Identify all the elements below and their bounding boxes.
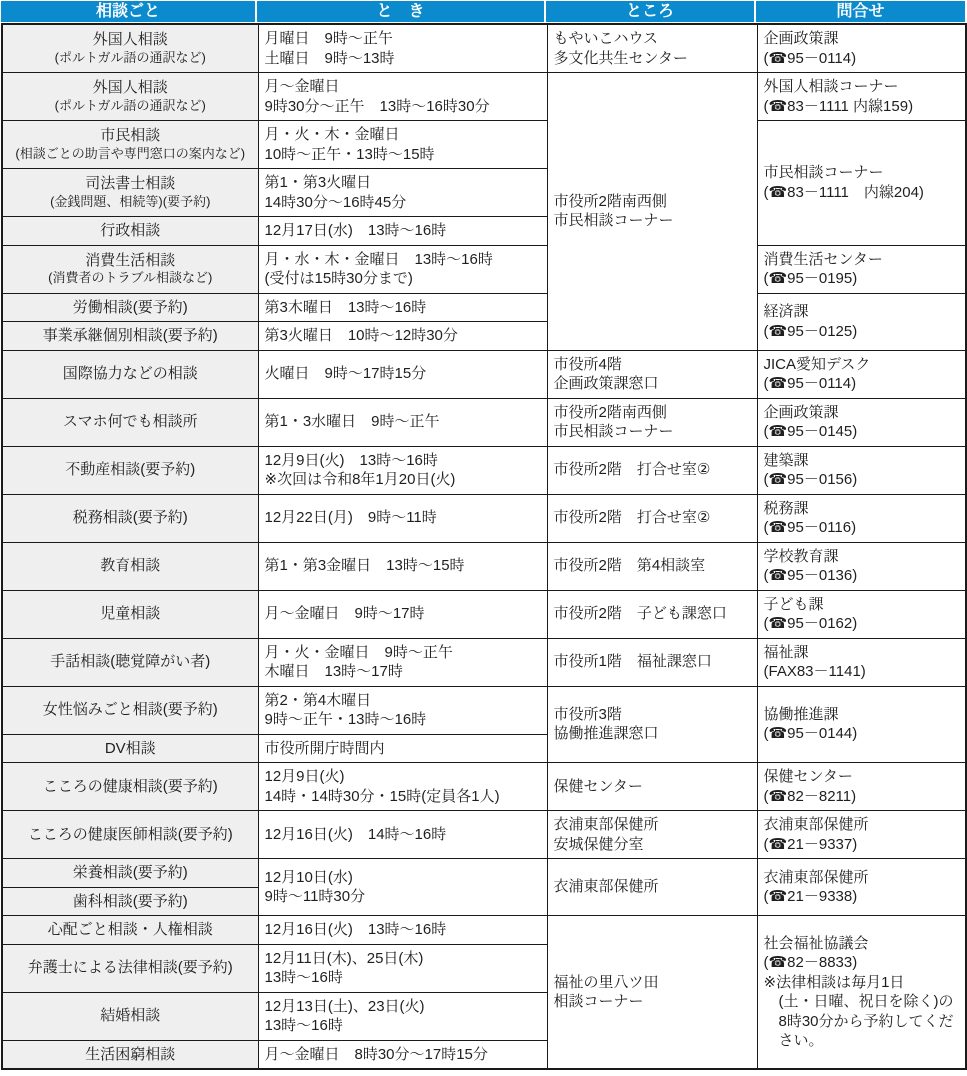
cell-text-line: 土曜日 9時～13時 (265, 49, 541, 69)
cell-text-line: 月・火・金曜日 9時～正午 (265, 643, 541, 663)
table-row: 外国人相談(ポルトガル語の通訳など)月曜日 9時～正午土曜日 9時～13時もやい… (2, 24, 966, 73)
cell-text-line: 市役所2階 子ども課窓口 (554, 604, 751, 624)
consultation-cell: 弁護士による法律相談(要予約) (2, 944, 258, 992)
cell-text-line: 消費生活相談 (9, 251, 252, 271)
table-row: 市民相談(相談ごとの助言や専門窓口の案内など)月・火・木・金曜日10時～正午・1… (2, 121, 966, 169)
cell-text-line: 第1・第3金曜日 13時～15時 (265, 556, 541, 576)
cell-text-line: (金銭問題、相続等)(要予約) (9, 194, 252, 211)
time-cell: 第1・第3火曜日14時30分～16時45分 (258, 169, 547, 217)
cell-text-line: 行政相談 (9, 221, 252, 241)
time-cell: 12月9日(火) 13時～16時※次回は令和8年1月20日(火) (258, 446, 547, 494)
cell-text-line: さい。 (764, 1031, 960, 1051)
contact-cell: 消費生活センター(☎95－0195) (757, 245, 966, 293)
place-cell: 市役所2階 打合せ室② (547, 446, 757, 494)
cell-text-line: 9時30分～正午 13時～16時30分 (265, 97, 541, 117)
consultation-cell: 司法書士相談(金銭問題、相続等)(要予約) (2, 169, 258, 217)
cell-text-line: 市役所2階 第4相談室 (554, 556, 751, 576)
consultation-cell: 市民相談(相談ごとの助言や専門窓口の案内など) (2, 121, 258, 169)
cell-text-line: 市役所2階 打合せ室② (554, 460, 751, 480)
table-row: こころの健康医師相談(要予約)12月16日(火) 14時～16時衣浦東部保健所安… (2, 811, 966, 859)
cell-text-line: 12月16日(火) 13時～16時 (265, 920, 541, 940)
contact-cell: 保健センター(☎82－8211) (757, 763, 966, 811)
cell-text-line: 国際協力などの相談 (9, 364, 252, 384)
consultation-cell: こころの健康医師相談(要予約) (2, 811, 258, 859)
cell-text-line: 衣浦東部保健所 (554, 815, 751, 835)
cell-text-line: 学校教育課 (764, 547, 960, 567)
contact-cell: 企画政策課(☎95－0114) (757, 24, 966, 73)
column-header-consultation: 相談ごと (1, 1, 257, 22)
cell-text-line: 消費生活センター (764, 250, 960, 270)
cell-text-line: 市役所3階 (554, 705, 751, 725)
time-cell: 月・水・木・金曜日 13時～16時(受付は15時30分まで) (258, 245, 547, 293)
cell-text-line: 月曜日 9時～正午 (265, 29, 541, 49)
table-row: 心配ごと相談・人権相談12月16日(火) 13時～16時福祉の里八ツ田相談コーナ… (2, 916, 966, 945)
cell-text-line: 市民相談コーナー (764, 163, 960, 183)
cell-text-line: 火曜日 9時～17時15分 (265, 364, 541, 384)
cell-text-line: 女性悩みごと相談(要予約) (9, 700, 252, 720)
cell-text-line: 13時～16時 (265, 1016, 541, 1036)
contact-cell: 企画政策課(☎95－0145) (757, 398, 966, 446)
cell-text-line: 安城保健分室 (554, 835, 751, 855)
contact-cell: 社会福祉協議会(☎82－8833)※法律相談は毎月1日 (土・日曜、祝日を除く)… (757, 916, 966, 1070)
cell-text-line: 税務相談(要予約) (9, 508, 252, 528)
consultation-cell: 消費生活相談(消費者のトラブル相談など) (2, 245, 258, 293)
cell-text-line: 14時・14時30分・15時(定員各1人) (265, 787, 541, 807)
cell-text-line: スマホ何でも相談所 (9, 412, 252, 432)
cell-text-line: (☎95－0114) (764, 374, 960, 394)
cell-text-line: 企画政策課窓口 (554, 374, 751, 394)
consultation-cell: DV相談 (2, 734, 258, 763)
time-cell: 火曜日 9時～17時15分 (258, 350, 547, 398)
place-cell: もやいこハウス多文化共生センター (547, 24, 757, 73)
time-cell: 第3火曜日 10時～12時30分 (258, 322, 547, 351)
contact-cell: JICA愛知デスク(☎95－0114) (757, 350, 966, 398)
time-cell: 月～金曜日 9時～17時 (258, 590, 547, 638)
place-cell: 市役所2階南西側市民相談コーナー (547, 73, 757, 351)
place-cell: 衣浦東部保健所安城保健分室 (547, 811, 757, 859)
cell-text-line: 保健センター (764, 767, 960, 787)
table-row: 不動産相談(要予約)12月9日(火) 13時～16時※次回は令和8年1月20日(… (2, 446, 966, 494)
column-header-contact: 問合せ (756, 1, 965, 22)
table-row: 児童相談月～金曜日 9時～17時市役所2階 子ども課窓口子ども課(☎95－016… (2, 590, 966, 638)
cell-text-line: 事業承継個別相談(要予約) (9, 326, 252, 346)
column-header-time: と き (257, 1, 546, 22)
time-cell: 月曜日 9時～正午土曜日 9時～13時 (258, 24, 547, 73)
cell-text-line: 市役所1階 福祉課窓口 (554, 652, 751, 672)
time-cell: 12月11日(木)、25日(木)13時～16時 (258, 944, 547, 992)
cell-text-line: 第3木曜日 13時～16時 (265, 298, 541, 318)
cell-text-line: (☎95－0144) (764, 724, 960, 744)
cell-text-line: (☎83－1111 内線159) (764, 97, 960, 117)
cell-text-line: 市民相談コーナー (554, 422, 751, 442)
consultation-cell: 手話相談(聴覚障がい者) (2, 638, 258, 686)
table-header-row: 相談ごとと きところ問合せ (1, 1, 965, 22)
cell-text-line: (☎82－8833) (764, 953, 960, 973)
consultation-cell: 教育相談 (2, 542, 258, 590)
cell-text-line: DV相談 (9, 739, 252, 759)
cell-text-line: 衣浦東部保健所 (554, 877, 751, 897)
cell-text-line: (☎95－0195) (764, 269, 960, 289)
contact-cell: 子ども課(☎95－0162) (757, 590, 966, 638)
cell-text-line: もやいこハウス (554, 29, 751, 49)
consultation-cell: 栄養相談(要予約) (2, 859, 258, 888)
contact-cell: 協働推進課(☎95－0144) (757, 686, 966, 763)
place-cell: 市役所2階 打合せ室② (547, 494, 757, 542)
place-cell: 福祉の里八ツ田相談コーナー (547, 916, 757, 1070)
consultation-cell: 生活困窮相談 (2, 1040, 258, 1069)
cell-text-line: 市役所2階南西側 (554, 403, 751, 423)
column-header-place: ところ (546, 1, 756, 22)
cell-text-line: 心配ごと相談・人権相談 (9, 920, 252, 940)
cell-text-line: (☎95－0116) (764, 518, 960, 538)
consultation-cell: 税務相談(要予約) (2, 494, 258, 542)
cell-text-line: 12月16日(火) 14時～16時 (265, 825, 541, 845)
time-cell: 月～金曜日9時30分～正午 13時～16時30分 (258, 73, 547, 121)
cell-text-line: 児童相談 (9, 604, 252, 624)
consultation-cell: 結婚相談 (2, 992, 258, 1040)
cell-text-line: 衣浦東部保健所 (764, 815, 960, 835)
table-row: 外国人相談(ポルトガル語の通訳など)月～金曜日9時30分～正午 13時～16時3… (2, 73, 966, 121)
cell-text-line: (☎82－8211) (764, 787, 960, 807)
time-cell: 12月16日(火) 13時～16時 (258, 916, 547, 945)
cell-text-line: (☎95－0156) (764, 470, 960, 490)
table-row: 女性悩みごと相談(要予約)第2・第4木曜日9時～正午・13時～16時市役所3階協… (2, 686, 966, 734)
cell-text-line: 企画政策課 (764, 403, 960, 423)
contact-cell: 福祉課(FAX83－1141) (757, 638, 966, 686)
cell-text-line: 木曜日 13時～17時 (265, 662, 541, 682)
cell-text-line: 14時30分～16時45分 (265, 193, 541, 213)
table-row: 栄養相談(要予約)12月10日(水)9時～11時30分衣浦東部保健所衣浦東部保健… (2, 859, 966, 888)
consultation-cell: 歯科相談(要予約) (2, 887, 258, 916)
cell-text-line: ※法律相談は毎月1日 (764, 973, 960, 993)
time-cell: 月・火・金曜日 9時～正午木曜日 13時～17時 (258, 638, 547, 686)
consultation-cell: 国際協力などの相談 (2, 350, 258, 398)
consultation-cell: 児童相談 (2, 590, 258, 638)
time-cell: 12月22日(月) 9時～11時 (258, 494, 547, 542)
cell-text-line: 福祉課 (764, 643, 960, 663)
cell-text-line: 生活困窮相談 (9, 1045, 252, 1065)
cell-text-line: (☎95－0136) (764, 566, 960, 586)
consultation-schedule-table: 外国人相談(ポルトガル語の通訳など)月曜日 9時～正午土曜日 9時～13時もやい… (1, 23, 967, 1070)
place-cell: 市役所1階 福祉課窓口 (547, 638, 757, 686)
cell-text-line: 労働相談(要予約) (9, 298, 252, 318)
cell-text-line: 市民相談 (9, 126, 252, 146)
cell-text-line: (相談ごとの助言や専門窓口の案内など) (9, 146, 252, 163)
table-row: 労働相談(要予約)第3木曜日 13時～16時経済課(☎95－0125) (2, 293, 966, 322)
table-row: 国際協力などの相談火曜日 9時～17時15分市役所4階企画政策課窓口JICA愛知… (2, 350, 966, 398)
cell-text-line: 相談コーナー (554, 992, 751, 1012)
cell-text-line: 12月13日(土)、23日(火) (265, 997, 541, 1017)
time-cell: 第1・3水曜日 9時～正午 (258, 398, 547, 446)
cell-text-line: 月～金曜日 8時30分～17時15分 (265, 1045, 541, 1065)
table-row: 税務相談(要予約)12月22日(月) 9時～11時市役所2階 打合せ室②税務課(… (2, 494, 966, 542)
place-cell: 市役所4階企画政策課窓口 (547, 350, 757, 398)
cell-text-line: 13時～16時 (265, 968, 541, 988)
cell-text-line: 教育相談 (9, 556, 252, 576)
cell-text-line: 第1・第3火曜日 (265, 173, 541, 193)
time-cell: 12月10日(水)9時～11時30分 (258, 859, 547, 916)
cell-text-line: (☎95－0145) (764, 422, 960, 442)
cell-text-line: (☎95－0114) (764, 49, 960, 69)
cell-text-line: (☎95－0162) (764, 614, 960, 634)
cell-text-line: 外国人相談 (9, 78, 252, 98)
cell-text-line: 第3火曜日 10時～12時30分 (265, 326, 541, 346)
cell-text-line: 協働推進課 (764, 705, 960, 725)
table-row: こころの健康相談(要予約)12月9日(火)14時・14時30分・15時(定員各1… (2, 763, 966, 811)
cell-text-line: 市役所2階南西側 (554, 192, 751, 212)
cell-text-line: 協働推進課窓口 (554, 724, 751, 744)
place-cell: 市役所3階協働推進課窓口 (547, 686, 757, 763)
cell-text-line: 栄養相談(要予約) (9, 863, 252, 883)
table-row: 手話相談(聴覚障がい者)月・火・金曜日 9時～正午木曜日 13時～17時市役所1… (2, 638, 966, 686)
cell-text-line: (☎21－9338) (764, 887, 960, 907)
cell-text-line: 9時～11時30分 (265, 887, 541, 907)
cell-text-line: ※次回は令和8年1月20日(火) (265, 470, 541, 490)
cell-text-line: (☎95－0125) (764, 322, 960, 342)
cell-text-line: 8時30分から予約してくだ (764, 1012, 960, 1032)
cell-text-line: (消費者のトラブル相談など) (9, 270, 252, 287)
cell-text-line: 経済課 (764, 302, 960, 322)
cell-text-line: 月・火・木・金曜日 (265, 125, 541, 145)
table-row: スマホ何でも相談所第1・3水曜日 9時～正午市役所2階南西側市民相談コーナー企画… (2, 398, 966, 446)
cell-text-line: (土・日曜、祝日を除く)の (764, 992, 960, 1012)
cell-text-line: JICA愛知デスク (764, 355, 960, 375)
time-cell: 12月13日(土)、23日(火)13時～16時 (258, 992, 547, 1040)
cell-text-line: 不動産相談(要予約) (9, 460, 252, 480)
cell-text-line: 外国人相談コーナー (764, 77, 960, 97)
cell-text-line: 企画政策課 (764, 29, 960, 49)
contact-cell: 衣浦東部保健所(☎21－9338) (757, 859, 966, 916)
time-cell: 第2・第4木曜日9時～正午・13時～16時 (258, 686, 547, 734)
cell-text-line: (ポルトガル語の通訳など) (9, 98, 252, 115)
time-cell: 月～金曜日 8時30分～17時15分 (258, 1040, 547, 1069)
place-cell: 市役所2階南西側市民相談コーナー (547, 398, 757, 446)
cell-text-line: 市役所4階 (554, 355, 751, 375)
cell-text-line: 弁護士による法律相談(要予約) (9, 958, 252, 978)
cell-text-line: 多文化共生センター (554, 49, 751, 69)
cell-text-line: (☎83－1111 内線204) (764, 183, 960, 203)
time-cell: 第3木曜日 13時～16時 (258, 293, 547, 322)
time-cell: 第1・第3金曜日 13時～15時 (258, 542, 547, 590)
consultation-cell: 労働相談(要予約) (2, 293, 258, 322)
cell-text-line: 手話相談(聴覚障がい者) (9, 652, 252, 672)
place-cell: 市役所2階 子ども課窓口 (547, 590, 757, 638)
consultation-cell: こころの健康相談(要予約) (2, 763, 258, 811)
cell-text-line: 第2・第4木曜日 (265, 691, 541, 711)
time-cell: 12月17日(水) 13時～16時 (258, 217, 547, 246)
cell-text-line: (ポルトガル語の通訳など) (9, 50, 252, 67)
cell-text-line: 司法書士相談 (9, 174, 252, 194)
place-cell: 保健センター (547, 763, 757, 811)
contact-cell: 税務課(☎95－0116) (757, 494, 966, 542)
cell-text-line: 12月17日(水) 13時～16時 (265, 221, 541, 241)
contact-cell: 学校教育課(☎95－0136) (757, 542, 966, 590)
cell-text-line: 12月10日(水) (265, 868, 541, 888)
cell-text-line: 市民相談コーナー (554, 211, 751, 231)
cell-text-line: 12月22日(月) 9時～11時 (265, 508, 541, 528)
consultation-cell: 行政相談 (2, 217, 258, 246)
cell-text-line: (受付は15時30分まで) (265, 269, 541, 289)
cell-text-line: 衣浦東部保健所 (764, 868, 960, 888)
cell-text-line: 外国人相談 (9, 30, 252, 50)
cell-text-line: 保健センター (554, 777, 751, 797)
contact-cell: 衣浦東部保健所(☎21－9337) (757, 811, 966, 859)
cell-text-line: 建築課 (764, 451, 960, 471)
consultation-cell: 外国人相談(ポルトガル語の通訳など) (2, 24, 258, 73)
time-cell: 12月9日(火)14時・14時30分・15時(定員各1人) (258, 763, 547, 811)
contact-cell: 市民相談コーナー(☎83－1111 内線204) (757, 121, 966, 246)
cell-text-line: こころの健康医師相談(要予約) (9, 825, 252, 845)
cell-text-line: 第1・3水曜日 9時～正午 (265, 412, 541, 432)
cell-text-line: (FAX83－1141) (764, 662, 960, 682)
cell-text-line: 税務課 (764, 499, 960, 519)
consultation-cell: 女性悩みごと相談(要予約) (2, 686, 258, 734)
cell-text-line: 9時～正午・13時～16時 (265, 710, 541, 730)
contact-cell: 外国人相談コーナー(☎83－1111 内線159) (757, 73, 966, 121)
cell-text-line: 12月11日(木)、25日(木) (265, 949, 541, 969)
cell-text-line: 歯科相談(要予約) (9, 892, 252, 912)
time-cell: 市役所開庁時間内 (258, 734, 547, 763)
consultation-cell: 事業承継個別相談(要予約) (2, 322, 258, 351)
time-cell: 月・火・木・金曜日10時～正午・13時～15時 (258, 121, 547, 169)
table-row: 教育相談第1・第3金曜日 13時～15時市役所2階 第4相談室学校教育課(☎95… (2, 542, 966, 590)
contact-cell: 建築課(☎95－0156) (757, 446, 966, 494)
cell-text-line: 市役所2階 打合せ室② (554, 508, 751, 528)
cell-text-line: 結婚相談 (9, 1006, 252, 1026)
time-cell: 12月16日(火) 14時～16時 (258, 811, 547, 859)
cell-text-line: 市役所開庁時間内 (265, 739, 541, 759)
table-body: 外国人相談(ポルトガル語の通訳など)月曜日 9時～正午土曜日 9時～13時もやい… (2, 24, 966, 1069)
cell-text-line: 10時～正午・13時～15時 (265, 145, 541, 165)
place-cell: 市役所2階 第4相談室 (547, 542, 757, 590)
contact-cell: 経済課(☎95－0125) (757, 293, 966, 350)
cell-text-line: 社会福祉協議会 (764, 934, 960, 954)
consultation-cell: 外国人相談(ポルトガル語の通訳など) (2, 73, 258, 121)
cell-text-line: (☎21－9337) (764, 835, 960, 855)
table-row: 消費生活相談(消費者のトラブル相談など)月・水・木・金曜日 13時～16時(受付… (2, 245, 966, 293)
cell-text-line: 12月9日(火) (265, 767, 541, 787)
cell-text-line: 月～金曜日 (265, 77, 541, 97)
place-cell: 衣浦東部保健所 (547, 859, 757, 916)
cell-text-line: こころの健康相談(要予約) (9, 777, 252, 797)
cell-text-line: 月・水・木・金曜日 13時～16時 (265, 250, 541, 270)
consultation-cell: スマホ何でも相談所 (2, 398, 258, 446)
cell-text-line: 福祉の里八ツ田 (554, 973, 751, 993)
consultation-cell: 不動産相談(要予約) (2, 446, 258, 494)
cell-text-line: 12月9日(火) 13時～16時 (265, 451, 541, 471)
consultation-cell: 心配ごと相談・人権相談 (2, 916, 258, 945)
consultation-schedule-page: 相談ごとと きところ問合せ 外国人相談(ポルトガル語の通訳など)月曜日 9時～正… (0, 0, 967, 1076)
cell-text-line: 子ども課 (764, 595, 960, 615)
cell-text-line: 月～金曜日 9時～17時 (265, 604, 541, 624)
